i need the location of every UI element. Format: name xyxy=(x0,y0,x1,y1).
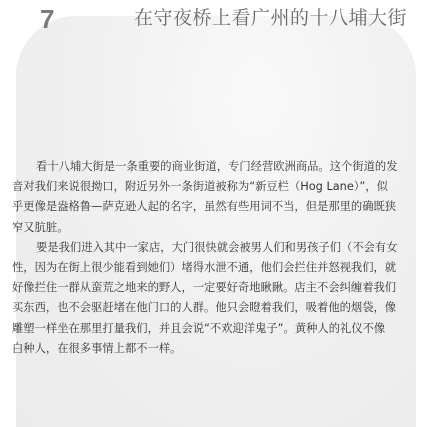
book-page: 7 在守夜桥上看广州的十八埔大街 看十八埔大街是一条重要的商业街道，专门经营欧洲… xyxy=(0,0,427,427)
paragraph-1: 看十八埔大街是一条重要的商业街道，专门经营欧洲商品。这个街道的发 音对我们来说很… xyxy=(12,157,414,238)
text-line: 雕塑一样坐在那里打量我们，并且会说“不欢迎洋鬼子”。黄种人的礼仪不像 xyxy=(12,319,414,339)
text-line: 看十八埔大街是一条重要的商业街道，专门经营欧洲商品。这个街道的发 xyxy=(12,157,414,177)
chapter-title: 在守夜桥上看广州的十八埔大街 xyxy=(134,4,407,32)
text-line: 白种人，在很多事情上都不一样。 xyxy=(12,339,414,359)
text-line: 窄又肮脏。 xyxy=(12,218,414,238)
paragraph-2: 要是我们进入其中一家店，大门很快就会被男人们和男孩子们（不会有女 性，因为在街上… xyxy=(12,238,414,359)
text-line: 要是我们进入其中一家店，大门很快就会被男人们和男孩子们（不会有女 xyxy=(12,238,414,258)
text-line: 性，因为在街上很少能看到她们）堵得水泄不通，他们会拦住并怒视我们，就 xyxy=(12,258,414,278)
text-line: 好像拦住一群从蛮荒之地来的野人，一定要好奇地瞅瞅。店主不会纠缠着我们 xyxy=(12,278,414,298)
text-line: 买东西，也不会驱赶堵在他门口的人群。他只会瞪着我们，吸着他的烟袋，像 xyxy=(12,298,414,318)
text-line: 音对我们来说很拗口，附近另外一条街道被称为“新豆栏（Hog Lane）”，似 xyxy=(12,177,414,197)
text-line: 乎更像是盎格鲁—萨克逊人起的名字，虽然有些用词不当，但是那里的确既狭 xyxy=(12,197,414,217)
body-text: 看十八埔大街是一条重要的商业街道，专门经营欧洲商品。这个街道的发 音对我们来说很… xyxy=(12,157,414,359)
chapter-number: 7 xyxy=(40,2,54,36)
